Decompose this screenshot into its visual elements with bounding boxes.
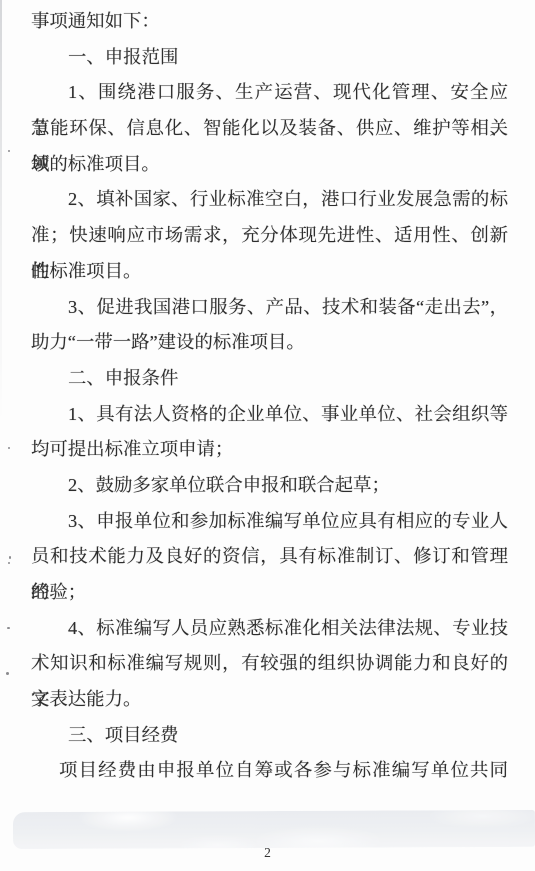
text-line: 员和技术能力及良好的资信，具有标准制订、修订和管理的 bbox=[31, 539, 508, 575]
scan-speckle bbox=[8, 150, 10, 152]
document-body: 事项通知如下： 一、申报范围 1、围绕港口服务、生产运营、现代化管理、安全应急、… bbox=[31, 4, 508, 789]
text-line: 经验； bbox=[31, 575, 508, 611]
scan-speckle bbox=[9, 556, 11, 559]
text-line: 2、鼓励多家单位联合申报和联合起草； bbox=[31, 468, 508, 504]
document-page: 事项通知如下： 一、申报范围 1、围绕港口服务、生产运营、现代化管理、安全应急、… bbox=[0, 0, 535, 871]
section-heading: 三、项目经费 bbox=[31, 718, 508, 754]
text-line: 1、围绕港口服务、生产运营、现代化管理、安全应急、 bbox=[31, 75, 508, 111]
scan-speckle bbox=[8, 562, 10, 564]
text-line: 术知识和标准编写规则，有较强的组织协调能力和良好的文 bbox=[31, 646, 508, 682]
scan-speckle bbox=[7, 627, 10, 629]
text-line: 均可提出标准立项申请； bbox=[31, 432, 508, 468]
text-line: 事项通知如下： bbox=[31, 4, 508, 40]
scan-speckle bbox=[6, 672, 9, 675]
section-heading: 一、申报范围 bbox=[31, 40, 508, 76]
scan-shadow-band bbox=[13, 810, 535, 849]
text-line: 助力“一带一路”建设的标准项目。 bbox=[31, 325, 508, 361]
text-line: 准；快速响应市场需求，充分体现先进性、适用性、创新性 bbox=[31, 218, 508, 254]
text-line: 3、申报单位和参加标准编写单位应具有相应的专业人 bbox=[31, 504, 508, 540]
scan-edge-artifact bbox=[0, 0, 2, 420]
text-line: 节能环保、信息化、智能化以及装备、供应、维护等相关领 bbox=[31, 111, 508, 147]
text-line: 3、促进我国港口服务、产品、技术和装备“走出去”， bbox=[31, 290, 508, 326]
text-line: 2、填补国家、行业标准空白，港口行业发展急需的标 bbox=[31, 182, 508, 218]
text-line: 字表达能力。 bbox=[31, 682, 508, 718]
text-line: 1、具有法人资格的企业单位、事业单位、社会组织等 bbox=[31, 397, 508, 433]
text-line: 项目经费由申报单位自筹或各参与标准编写单位共同 bbox=[31, 753, 508, 789]
page-number: 2 bbox=[0, 845, 535, 861]
section-heading: 二、申报条件 bbox=[31, 361, 508, 397]
text-line: 的标准项目。 bbox=[31, 254, 508, 290]
scan-speckle bbox=[8, 447, 10, 449]
text-line: 域的标准项目。 bbox=[31, 147, 508, 183]
text-line: 4、标准编写人员应熟悉标准化相关法律法规、专业技 bbox=[31, 611, 508, 647]
